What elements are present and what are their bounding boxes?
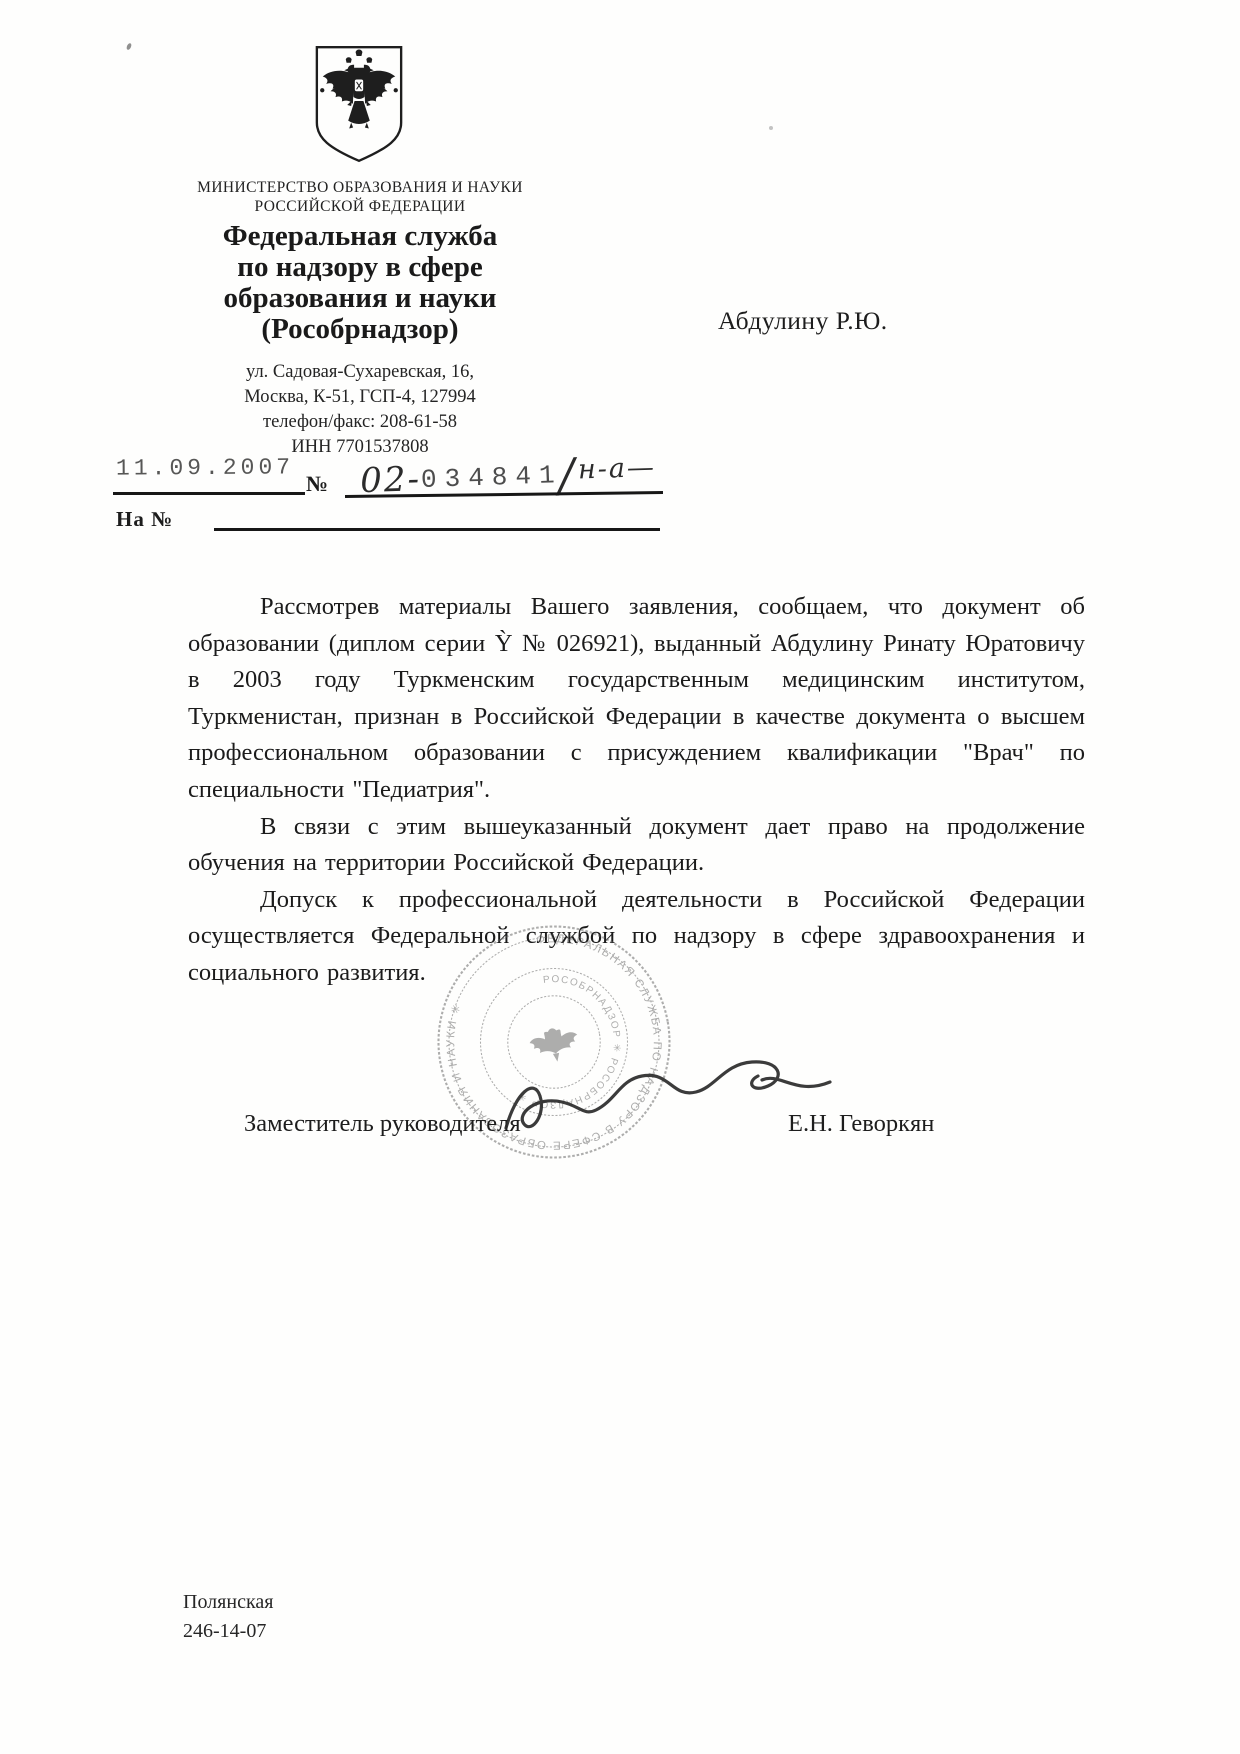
body-paragraph: Рассмотрев материалы Вашего заявления, с… [188, 589, 1085, 809]
number-handwritten-suffix: н-а— [577, 452, 656, 486]
signer-name: Е.Н. Геворкян [788, 1110, 934, 1138]
scan-speck [126, 42, 133, 50]
agency-line: по надзору в сфере [110, 252, 610, 283]
date-stamp: 11.09.2007 [116, 454, 294, 481]
body-paragraph: В связи с этим вышеуказанный документ да… [188, 809, 1085, 882]
reference-label: На № [116, 507, 173, 532]
ministry-line-2: РОССИЙСКОЙ ФЕДЕРАЦИИ [110, 197, 610, 216]
agency-line: Федеральная служба [110, 221, 610, 252]
addressee: Абдулину Р.Ю. [718, 306, 1018, 336]
date-underline [113, 492, 305, 495]
handwritten-signature [498, 1050, 838, 1170]
executor-block: Полянская 246-14-07 [183, 1588, 273, 1646]
reference-underline [214, 528, 660, 531]
signer-title: Заместитель руководителя [244, 1110, 521, 1138]
address-line: телефон/факс: 208-61-58 [140, 410, 580, 435]
scan-speck [769, 126, 773, 130]
address-line: Москва, К-51, ГСП-4, 127994 [140, 385, 580, 410]
executor-name: Полянская [183, 1588, 273, 1617]
address-line: ул. Садовая-Сухаревская, 16, [140, 360, 580, 385]
agency-name: Федеральная служба по надзору в сфере об… [110, 221, 610, 345]
letter-page: МИНИСТЕРСТВО ОБРАЗОВАНИЯ И НАУКИ РОССИЙС… [0, 0, 1240, 1754]
ministry-line-1: МИНИСТЕРСТВО ОБРАЗОВАНИЯ И НАУКИ [110, 178, 610, 197]
number-stamped-digits: 034841 [421, 460, 564, 495]
executor-phone: 246-14-07 [183, 1617, 273, 1646]
number-label: № [306, 471, 328, 497]
agency-line: (Рособрнадзор) [110, 314, 610, 345]
ministry-name: МИНИСТЕРСТВО ОБРАЗОВАНИЯ И НАУКИ РОССИЙС… [110, 178, 610, 216]
coat-of-arms-eagle-icon [310, 44, 408, 164]
agency-line: образования и науки [110, 283, 610, 314]
